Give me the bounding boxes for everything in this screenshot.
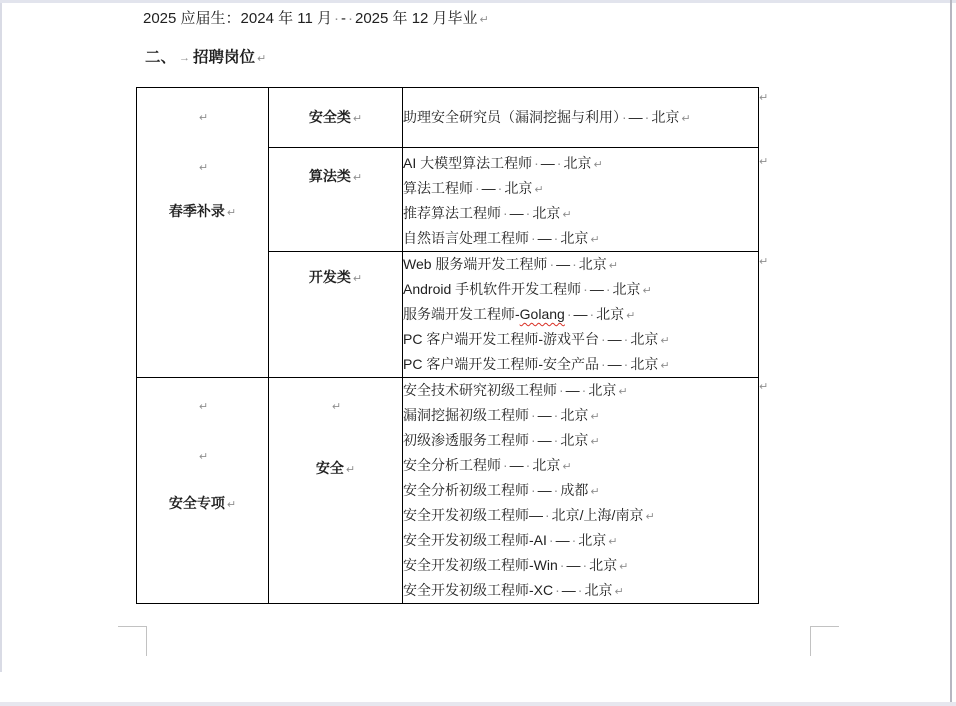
job-title: PC 客户端开发工程师-游戏平台	[403, 331, 599, 347]
space-mark: ·	[570, 256, 579, 272]
em-dash: —	[562, 582, 576, 598]
job-line: 安全分析初级工程师·—·成都↵	[403, 478, 758, 503]
page-edge-left	[0, 3, 2, 672]
job-title: 自然语言处理工程师	[403, 230, 529, 246]
table-row: ↵ ↵ 安全专项↵ ↵ 安全↵ 安全技术研究初级工程师·—·北京↵ 漏洞挖掘初级…	[137, 378, 759, 604]
space-mark: ·	[581, 281, 590, 297]
space-mark: ·	[473, 180, 482, 196]
pilcrow-mark: ↵	[351, 172, 362, 184]
tab-mark: →	[176, 52, 193, 64]
space-mark: ·	[529, 482, 538, 498]
job-title: 初级渗透服务工程师	[403, 432, 529, 448]
pilcrow-mark: ↵	[606, 536, 617, 548]
category-cell-development-class: 开发类↵	[269, 252, 403, 378]
pilcrow-mark: ↵	[588, 234, 599, 246]
job-title-spellcheck-word: Golang	[520, 306, 565, 322]
job-line: 安全开发初级工程师-XC·—·北京↵	[403, 578, 758, 603]
section-heading: 二、→招聘岗位↵	[145, 47, 266, 70]
category-label: 开发类	[309, 269, 351, 285]
em-dash: —	[482, 180, 496, 196]
em-dash: —	[608, 356, 622, 372]
space-mark: ·	[620, 109, 629, 125]
job-location: 北京	[563, 155, 591, 171]
space-mark: ·	[557, 382, 566, 398]
em-dash: —	[556, 256, 570, 272]
job-title: 算法工程师	[403, 180, 473, 196]
job-line: 安全开发初级工程师-Win·—·北京↵	[403, 553, 758, 578]
em-dash: —	[538, 432, 552, 448]
job-location: 北京	[532, 205, 560, 221]
job-location: 北京	[532, 457, 560, 473]
job-line: 推荐算法工程师·—·北京↵	[403, 201, 758, 226]
job-line: 安全开发初级工程师-AI·—·北京↵	[403, 528, 758, 553]
space-mark: ·	[332, 10, 341, 27]
job-location: 北京	[560, 432, 588, 448]
job-location: 北京	[613, 281, 641, 297]
job-line: PC 客户端开发工程师-游戏平台·—·北京↵	[403, 327, 758, 352]
end-of-row-mark: ↵	[757, 86, 768, 111]
em-dash: —	[629, 109, 643, 125]
space-mark: ·	[599, 356, 608, 372]
page-edge-bottom	[0, 702, 956, 706]
pilcrow-mark: ↵	[612, 586, 623, 598]
pilcrow-mark: ↵	[255, 53, 266, 65]
job-title: 安全分析工程师	[403, 457, 501, 473]
group-cell-spring: ↵ ↵ 春季补录↵	[137, 88, 269, 378]
em-dash: —	[566, 557, 580, 573]
pilcrow-mark: ↵	[532, 184, 543, 196]
space-mark: ·	[543, 507, 552, 523]
space-mark: ·	[588, 306, 597, 322]
space-mark: ·	[532, 155, 541, 171]
job-line: 初级渗透服务工程师·—·北京↵	[403, 428, 758, 453]
job-title: 安全开发初级工程师-Win	[403, 557, 558, 573]
job-location: 北京	[504, 180, 532, 196]
table-row: ↵ ↵ 春季补录↵ 安全类↵ 助理安全研究员（漏洞挖掘与利用）·—·北京↵	[137, 88, 759, 148]
space-mark: ·	[547, 256, 556, 272]
pilcrow-mark: ↵	[641, 285, 652, 297]
job-title: Web 服务端开发工程师	[403, 256, 547, 272]
space-mark: ·	[547, 532, 556, 548]
em-dash: —	[574, 306, 588, 322]
category-cell-security: ↵ 安全↵	[269, 378, 403, 604]
end-of-row-mark: ↵	[757, 250, 768, 275]
job-location: 成都	[560, 482, 588, 498]
job-location: 北京	[584, 582, 612, 598]
pilcrow-mark: ↵	[607, 260, 618, 272]
job-location: 北京/上海/南京	[552, 507, 644, 523]
pilcrow-mark: ↵	[197, 451, 208, 463]
text-boundary-mark-left	[118, 626, 147, 656]
pilcrow-mark: ↵	[588, 486, 599, 498]
jobs-cell: Web 服务端开发工程师·—·北京↵ Android 手机软件开发工程师·—·北…	[403, 252, 759, 378]
page-edge-right	[950, 0, 952, 706]
job-location: 北京	[651, 109, 679, 125]
job-line: Android 手机软件开发工程师·—·北京↵	[403, 277, 758, 302]
heading-title: 招聘岗位	[193, 49, 255, 66]
space-mark: ·	[346, 10, 355, 27]
job-line: 算法工程师·—·北京↵	[403, 176, 758, 201]
job-line: 安全技术研究初级工程师·—·北京↵	[403, 378, 758, 403]
job-location: 北京	[588, 382, 616, 398]
job-line: Web 服务端开发工程师·—·北京↵	[403, 252, 758, 277]
em-dash: —	[608, 331, 622, 347]
space-mark: ·	[529, 230, 538, 246]
job-location: 北京	[560, 407, 588, 423]
intro-text-before: 2025 应届生：2024 年 11 月	[143, 10, 332, 27]
pilcrow-mark: ↵	[588, 436, 599, 448]
category-label: 算法类	[309, 168, 351, 184]
jobs-cell: 助理安全研究员（漏洞挖掘与利用）·—·北京↵	[403, 88, 759, 148]
pilcrow-mark: ↵	[344, 464, 355, 476]
job-location: 北京	[578, 532, 606, 548]
space-mark: ·	[553, 582, 562, 598]
em-dash: —	[590, 281, 604, 297]
job-title: 服务端开发工程师-	[403, 306, 520, 322]
group-cell-security-special: ↵ ↵ 安全专项↵	[137, 378, 269, 604]
job-location: 北京	[589, 557, 617, 573]
recruitment-table: ↵ ↵ 春季补录↵ 安全类↵ 助理安全研究员（漏洞挖掘与利用）·—·北京↵ 算法…	[136, 87, 759, 604]
job-title: 助理安全研究员（漏洞挖掘与利用）	[403, 109, 620, 125]
job-location: 北京	[560, 230, 588, 246]
end-of-row-mark: ↵	[757, 375, 768, 400]
job-title: 安全开发初级工程师	[403, 507, 529, 523]
job-location: 北京	[579, 256, 607, 272]
pilcrow-mark: ↵	[588, 411, 599, 423]
pilcrow-mark: ↵	[560, 209, 571, 221]
job-line: 安全开发初级工程师—·北京/上海/南京↵	[403, 503, 758, 528]
pilcrow-mark: ↵	[679, 113, 690, 125]
space-mark: ·	[501, 205, 510, 221]
category-label: 安全	[316, 460, 344, 476]
em-dash: —	[556, 532, 570, 548]
pilcrow-mark: ↵	[197, 112, 208, 124]
em-dash: —	[510, 205, 524, 221]
job-line: AI 大模型算法工程师·—·北京↵	[403, 151, 758, 176]
intro-line: 2025 应届生：2024 年 11 月·-·2025 年 12 月毕业↵	[143, 8, 489, 31]
text-boundary-mark-right	[810, 626, 839, 656]
category-cell-algorithm-class: 算法类↵	[269, 148, 403, 252]
pilcrow-mark: ↵	[617, 561, 628, 573]
space-mark: ·	[580, 557, 589, 573]
em-dash: —	[538, 482, 552, 498]
pilcrow-mark: ↵	[225, 499, 236, 511]
pilcrow-mark: ↵	[197, 401, 208, 413]
job-location: 北京	[630, 331, 658, 347]
job-title: 安全开发初级工程师-AI	[403, 532, 547, 548]
pilcrow-mark: ↵	[351, 273, 362, 285]
job-title: 安全技术研究初级工程师	[403, 382, 557, 398]
job-title: AI 大模型算法工程师	[403, 155, 532, 171]
em-dash: —	[510, 457, 524, 473]
category-label: 安全类	[309, 109, 351, 125]
pilcrow-mark: ↵	[560, 461, 571, 473]
job-line: 安全分析工程师·—·北京↵	[403, 453, 758, 478]
end-of-row-mark: ↵	[757, 150, 768, 175]
pilcrow-mark: ↵	[658, 360, 669, 372]
intro-text-after: 2025 年 12 月毕业	[355, 10, 478, 27]
pilcrow-mark: ↵	[478, 14, 489, 26]
em-dash: —	[538, 230, 552, 246]
pilcrow-mark: ↵	[643, 511, 654, 523]
pilcrow-mark: ↵	[225, 207, 236, 219]
job-title: PC 客户端开发工程师-安全产品	[403, 356, 599, 372]
job-title: 安全开发初级工程师-XC	[403, 582, 553, 598]
job-title: 安全分析初级工程师	[403, 482, 529, 498]
em-dash: —	[541, 155, 555, 171]
job-line: 自然语言处理工程师·—·北京↵	[403, 226, 758, 251]
pilcrow-mark: ↵	[197, 162, 208, 174]
space-mark: ·	[529, 407, 538, 423]
pilcrow-mark: ↵	[624, 310, 635, 322]
pilcrow-mark: ↵	[351, 113, 362, 125]
space-mark: ·	[501, 457, 510, 473]
job-line: 助理安全研究员（漏洞挖掘与利用）·—·北京↵	[403, 105, 758, 130]
job-line: PC 客户端开发工程师-安全产品·—·北京↵	[403, 352, 758, 377]
pilcrow-mark: ↵	[616, 386, 627, 398]
job-title: 漏洞挖掘初级工程师	[403, 407, 529, 423]
jobs-cell: AI 大模型算法工程师·—·北京↵ 算法工程师·—·北京↵ 推荐算法工程师·—·…	[403, 148, 759, 252]
em-dash: —	[566, 382, 580, 398]
pilcrow-mark: ↵	[330, 401, 341, 413]
job-title: Android 手机软件开发工程师	[403, 281, 581, 297]
space-mark: ·	[604, 281, 613, 297]
space-mark: ·	[529, 432, 538, 448]
page-edge-top	[0, 0, 956, 3]
pilcrow-mark: ↵	[658, 335, 669, 347]
job-location: 北京	[630, 356, 658, 372]
em-dash: —	[529, 507, 543, 523]
group-label: 安全专项	[169, 495, 225, 511]
job-line: 漏洞挖掘初级工程师·—·北京↵	[403, 403, 758, 428]
space-mark: ·	[570, 532, 579, 548]
em-dash: —	[538, 407, 552, 423]
space-mark: ·	[565, 306, 574, 322]
job-title: 推荐算法工程师	[403, 205, 501, 221]
job-line: 服务端开发工程师-Golang·—·北京↵	[403, 302, 758, 327]
space-mark: ·	[599, 331, 608, 347]
jobs-cell: 安全技术研究初级工程师·—·北京↵ 漏洞挖掘初级工程师·—·北京↵ 初级渗透服务…	[403, 378, 759, 604]
job-location: 北京	[596, 306, 624, 322]
pilcrow-mark: ↵	[591, 159, 602, 171]
heading-number: 二、	[145, 49, 176, 66]
group-label: 春季补录	[169, 203, 225, 219]
category-cell-security-class: 安全类↵	[269, 88, 403, 148]
